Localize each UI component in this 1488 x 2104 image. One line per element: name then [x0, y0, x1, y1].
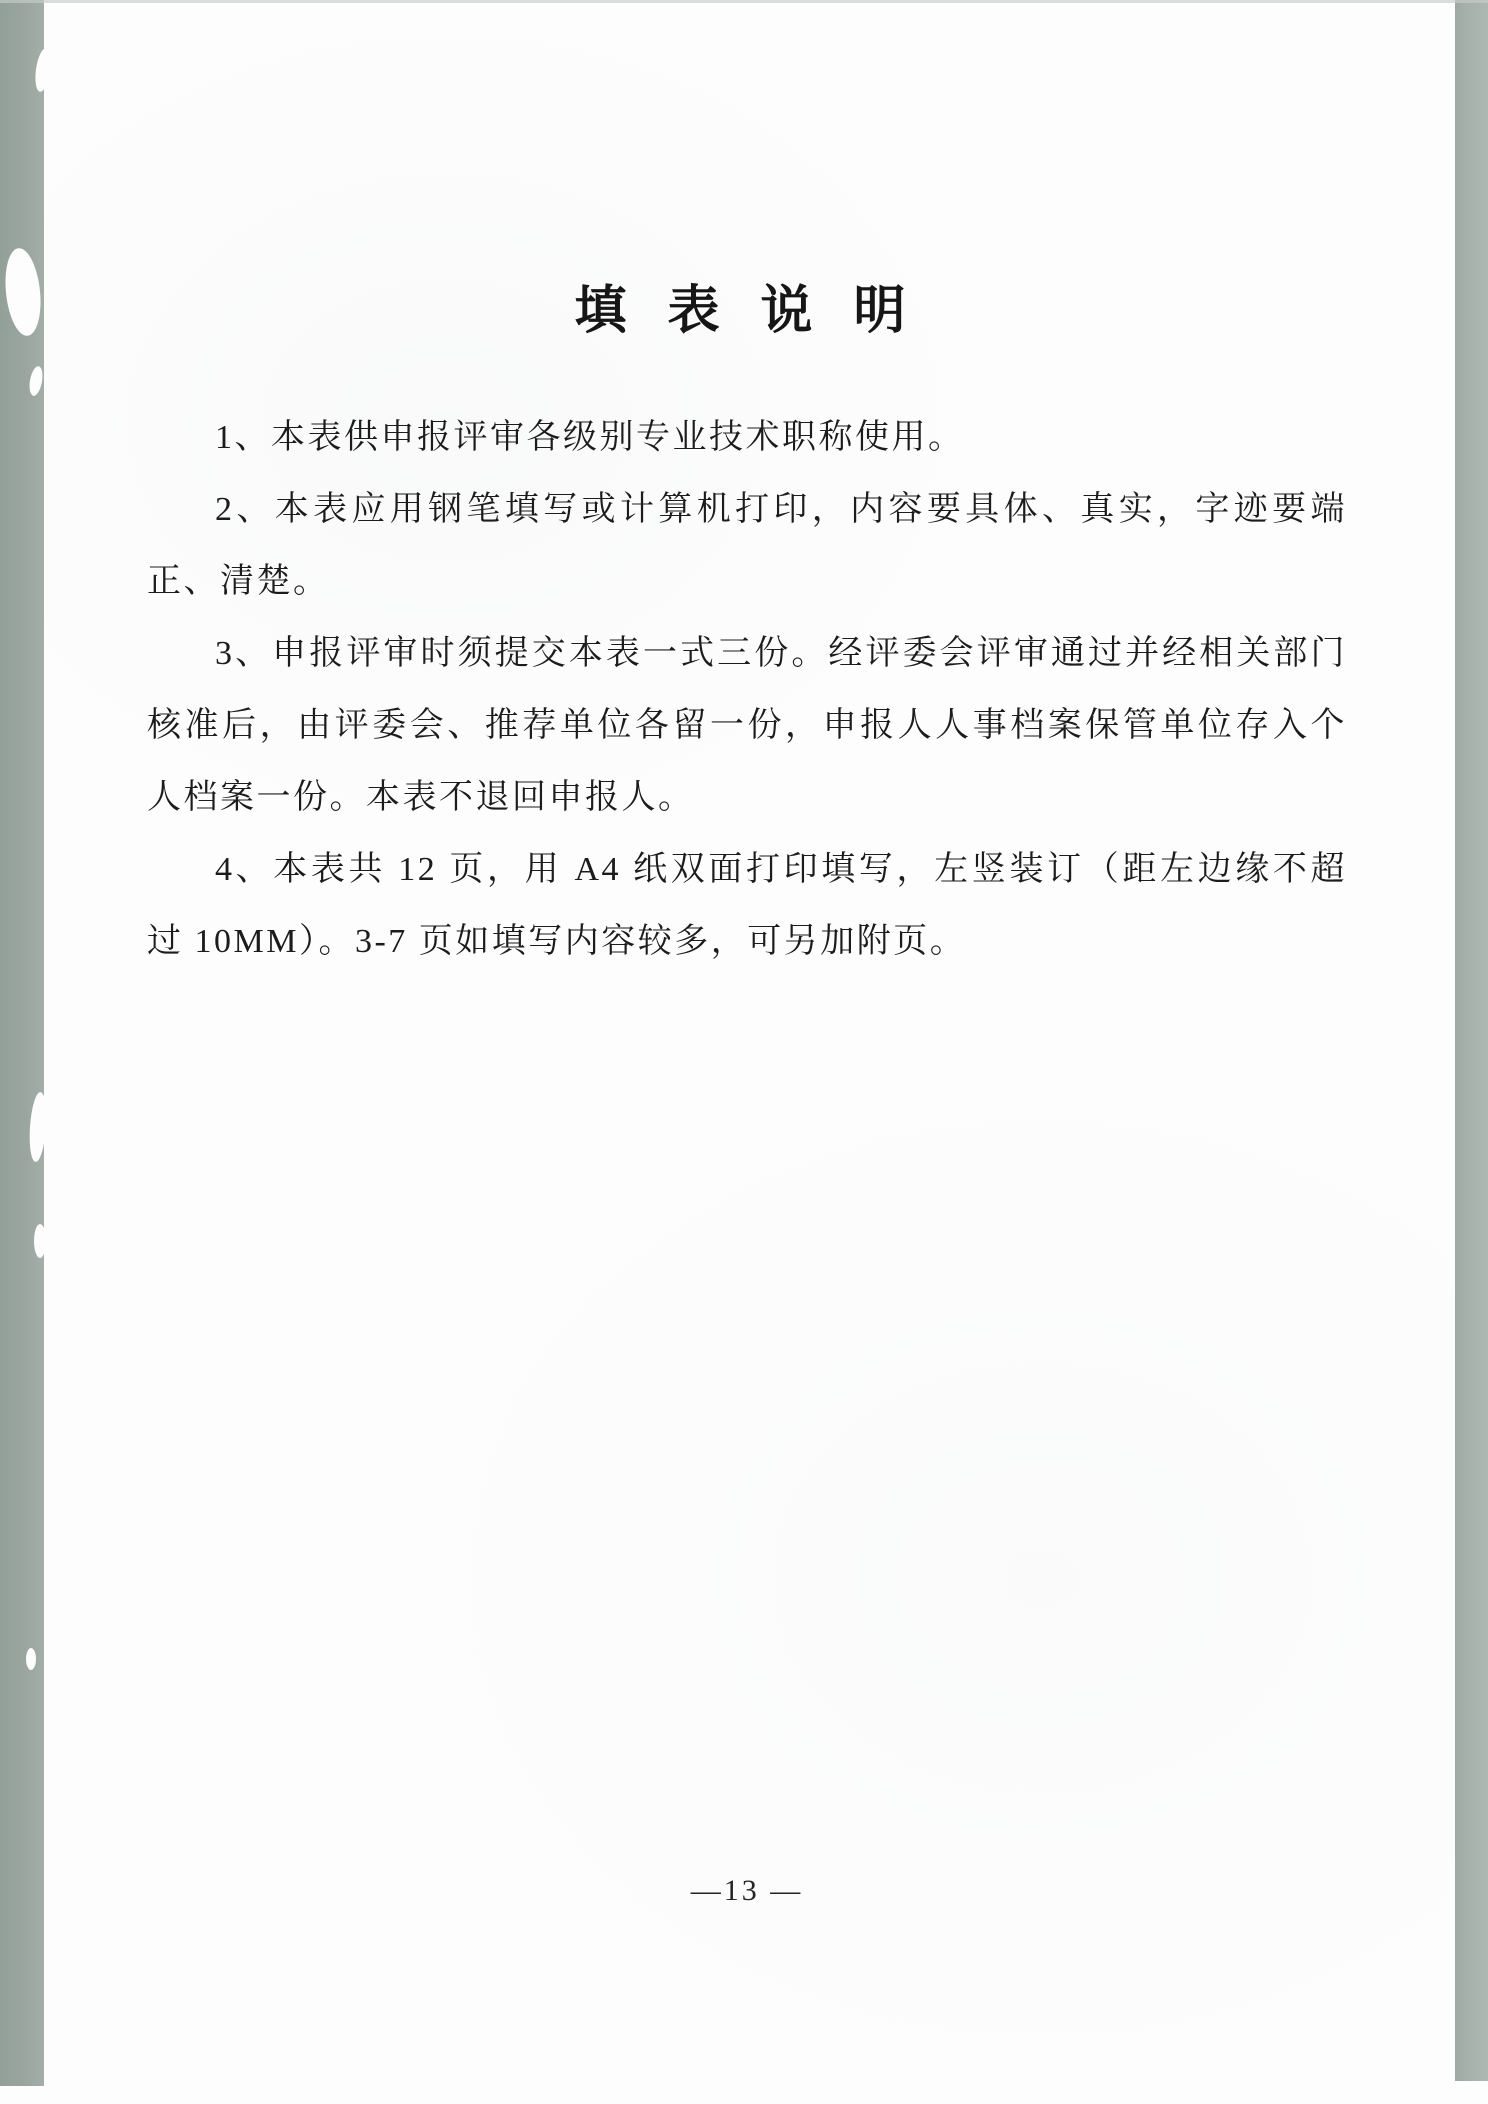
- scan-artifact: [28, 1092, 49, 1163]
- instruction-item-1: 1、本表供申报评审各级别专业技术职称使用。: [147, 402, 1347, 474]
- instructions-body: 1、本表供申报评审各级别专业技术职称使用。 2、本表应用钢笔填写或计算机打印，内…: [147, 402, 1347, 978]
- scan-artifact: [1, 246, 44, 337]
- scan-artifact: [33, 47, 53, 93]
- scanned-page: 填 表 说 明 1、本表供申报评审各级别专业技术职称使用。 2、本表应用钢笔填写…: [0, 0, 1488, 2104]
- scan-artifact: [27, 365, 44, 397]
- page-title: 填 表 说 明: [147, 268, 1347, 343]
- scan-edge-right: [1455, 0, 1488, 2081]
- page-content: 填 表 说 明 1、本表供申报评审各级别专业技术职称使用。 2、本表应用钢笔填写…: [147, 0, 1347, 2104]
- instruction-item-3: 3、申报评审时须提交本表一式三份。经评委会评审通过并经相关部门核准后，由评委会、…: [147, 618, 1347, 834]
- scan-edge-left: [0, 0, 44, 2086]
- scan-artifact: [26, 1648, 36, 1670]
- instruction-item-2: 2、本表应用钢笔填写或计算机打印，内容要具体、真实，字迹要端正、清楚。: [147, 474, 1347, 618]
- instruction-item-4: 4、本表共 12 页，用 A4 纸双面打印填写，左竖装订（距左边缘不超过 10M…: [147, 834, 1347, 978]
- page-number: —13 —: [147, 1874, 1347, 1908]
- scan-artifact: [34, 1224, 46, 1258]
